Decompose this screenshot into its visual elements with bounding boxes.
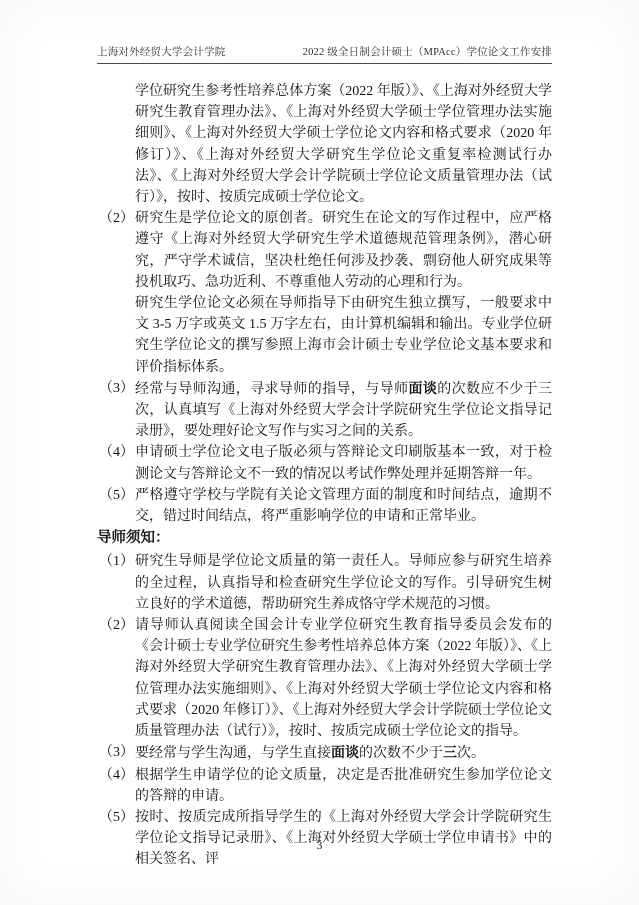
header-right-title: 2022 级全日制会计硕士（MPAcc）学位论文工作安排: [303, 44, 552, 59]
text-segment: 请导师认真阅读全国会计专业学位研究生教育指导委员会发布的《会计硕士专业学位研究生…: [135, 618, 552, 739]
item-number: （4）: [97, 765, 135, 807]
text-segment: 研究生是学位论文的原创者。研究生在论文的写作过程中，应严格遵守《上海对外经贸大学…: [135, 211, 552, 290]
item-text: 经常与导师沟通，寻求导师的指导，与导师面谈的次数应不少于三次，认真填写《上海对外…: [135, 378, 552, 443]
item-text: 研究生是学位论文的原创者。研究生在论文的写作过程中，应严格遵守《上海对外经贸大学…: [135, 208, 552, 378]
page-number: 3: [317, 840, 323, 852]
item-text: 申请硕士学位论文电子版必须与答辩论文印刷版基本一致，对于检测论文与答辩论文不一致…: [135, 442, 552, 484]
text-segment: 申请硕士学位论文电子版必须与答辩论文印刷版基本一致，对于检测论文与答辩论文不一致…: [135, 445, 552, 481]
text-segment: 经常与导师沟通，寻求导师的指导，与导师: [135, 382, 408, 397]
item-text: 研究生导师是学位论文质量的第一责任人。导师应参与研究生培养的全过程，认真指导和检…: [135, 551, 552, 615]
list-item: （5）按时、按质完成所指导学生的《上海对外经贸大学会计学院研究生学位论文指导记录…: [97, 807, 552, 871]
paragraph: 请导师认真阅读全国会计专业学位研究生教育指导委员会发布的《会计硕士专业学位研究生…: [135, 615, 552, 742]
emphasis-text: 三: [443, 744, 457, 760]
text-segment: 根据学生申请学位的论文质量，决定是否批准研究生参加学位论文的答辩的申请。: [135, 768, 552, 804]
document-page: 上海对外经贸大学会计学院 2022 级全日制会计硕士（MPAcc）学位论文工作安…: [0, 0, 639, 905]
text-segment: 的次数不少于: [359, 746, 443, 761]
document-body: 学位研究生参考性培养总体方案（2022 年版）》、《上海对外经贸大学研究生教育管…: [97, 81, 552, 871]
paragraph: 根据学生申请学位的论文质量，决定是否批准研究生参加学位论文的答辩的申请。: [135, 765, 552, 807]
paragraph: 要经常与学生沟通，与学生直接面谈的次数不少于三次。: [135, 742, 552, 764]
text-segment: 按时、按质完成所指导学生的《上海对外经贸大学会计学院研究生学位论文指导记录册》、…: [135, 810, 552, 867]
text-segment: 要经常与学生沟通，与学生直接: [135, 746, 331, 761]
list-item: （2）研究生是学位论文的原创者。研究生在论文的写作过程中，应严格遵守《上海对外经…: [97, 208, 552, 378]
paragraph: 研究生是学位论文的原创者。研究生在论文的写作过程中，应严格遵守《上海对外经贸大学…: [135, 208, 552, 293]
item-text: 按时、按质完成所指导学生的《上海对外经贸大学会计学院研究生学位论文指导记录册》、…: [135, 807, 552, 871]
item-number: （5）: [97, 485, 135, 527]
item-number: （3）: [97, 378, 135, 443]
item-number: [97, 81, 135, 208]
paragraph: 按时、按质完成所指导学生的《上海对外经贸大学会计学院研究生学位论文指导记录册》、…: [135, 807, 552, 871]
page-header: 上海对外经贸大学会计学院 2022 级全日制会计硕士（MPAcc）学位论文工作安…: [97, 44, 552, 64]
item-number: （4）: [97, 442, 135, 484]
list-item: （1）研究生导师是学位论文质量的第一责任人。导师应参与研究生培养的全过程，认真指…: [97, 551, 552, 615]
paragraph: 经常与导师沟通，寻求导师的指导，与导师面谈的次数应不少于三次，认真填写《上海对外…: [135, 378, 552, 443]
item-text: 根据学生申请学位的论文质量，决定是否批准研究生参加学位论文的答辩的申请。: [135, 765, 552, 807]
header-left-title: 上海对外经贸大学会计学院: [97, 44, 225, 59]
list-item: 学位研究生参考性培养总体方案（2022 年版）》、《上海对外经贸大学研究生教育管…: [97, 81, 552, 208]
section-heading-advisors: 导师须知：: [97, 528, 552, 549]
list-item: （3）经常与导师沟通，寻求导师的指导，与导师面谈的次数应不少于三次，认真填写《上…: [97, 378, 552, 443]
paragraph: 严格遵守学校与学院有关论文管理方面的制度和时间结点，逾期不交，错过时间结点，将严…: [135, 485, 552, 527]
text-segment: 严格遵守学校与学院有关论文管理方面的制度和时间结点，逾期不交，错过时间结点，将严…: [135, 488, 552, 524]
list-item: （2）请导师认真阅读全国会计专业学位研究生教育指导委员会发布的《会计硕士专业学位…: [97, 615, 552, 742]
item-number: （2）: [97, 208, 135, 378]
list-item: （4）根据学生申请学位的论文质量，决定是否批准研究生参加学位论文的答辩的申请。: [97, 765, 552, 807]
paragraph: 研究生学位论文必须在导师指导下由研究生独立撰写，一般要求中文 3-5 万字或英文…: [135, 293, 552, 378]
emphasis-text: 面谈: [331, 744, 359, 760]
text-segment: 次。: [457, 746, 485, 761]
text-segment: 研究生学位论文必须在导师指导下由研究生独立撰写，一般要求中文 3-5 万字或英文…: [135, 296, 552, 375]
list-item: （3）要经常与学生沟通，与学生直接面谈的次数不少于三次。: [97, 742, 552, 764]
emphasis-text: 面谈: [408, 380, 437, 396]
item-number: （1）: [97, 551, 135, 615]
item-number: （3）: [97, 742, 135, 764]
item-text: 要经常与学生沟通，与学生直接面谈的次数不少于三次。: [135, 742, 552, 764]
item-text: 请导师认真阅读全国会计专业学位研究生教育指导委员会发布的《会计硕士专业学位研究生…: [135, 615, 552, 742]
page-footer: 3: [0, 840, 639, 852]
item-text: 学位研究生参考性培养总体方案（2022 年版）》、《上海对外经贸大学研究生教育管…: [135, 81, 552, 208]
list-item: （4）申请硕士学位论文电子版必须与答辩论文印刷版基本一致，对于检测论文与答辩论文…: [97, 442, 552, 484]
paragraph: 学位研究生参考性培养总体方案（2022 年版）》、《上海对外经贸大学研究生教育管…: [135, 81, 552, 208]
list-item: （5）严格遵守学校与学院有关论文管理方面的制度和时间结点，逾期不交，错过时间结点…: [97, 485, 552, 527]
item-number: （5）: [97, 807, 135, 871]
text-segment: 研究生导师是学位论文质量的第一责任人。导师应参与研究生培养的全过程，认真指导和检…: [135, 554, 552, 611]
item-number: （2）: [97, 615, 135, 742]
paragraph: 申请硕士学位论文电子版必须与答辩论文印刷版基本一致，对于检测论文与答辩论文不一致…: [135, 442, 552, 484]
text-segment: 学位研究生参考性培养总体方案（2022 年版）》、《上海对外经贸大学研究生教育管…: [135, 84, 552, 205]
paragraph: 研究生导师是学位论文质量的第一责任人。导师应参与研究生培养的全过程，认真指导和检…: [135, 551, 552, 615]
item-text: 严格遵守学校与学院有关论文管理方面的制度和时间结点，逾期不交，错过时间结点，将严…: [135, 485, 552, 527]
